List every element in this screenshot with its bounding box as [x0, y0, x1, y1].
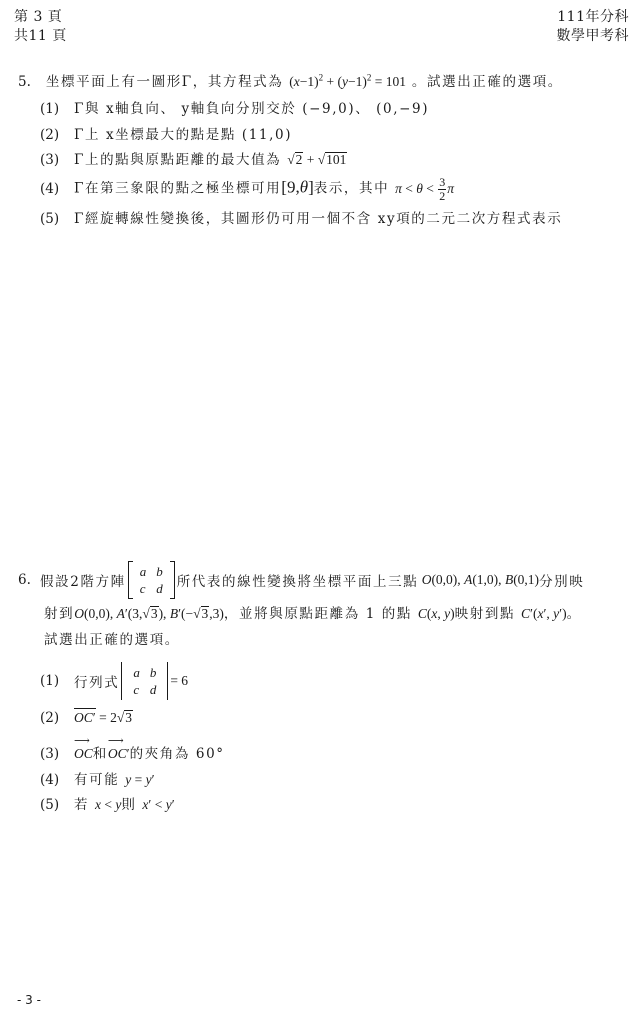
stem-suffix: 。試選出正確的選項。: [412, 74, 563, 90]
point-c-prime: C′(x′, y′): [521, 606, 567, 621]
inequality-1: x < y: [95, 797, 121, 812]
option-label: (1): [40, 101, 74, 117]
equation: y = y′: [125, 772, 154, 787]
q6-option-1: (1)行列式 abcd = 6: [40, 662, 188, 700]
option-label: (2): [40, 710, 74, 726]
option-label: (4): [40, 181, 74, 197]
page-indicator: 第 3 頁: [14, 9, 62, 26]
option-text: Γ經旋轉線性變換後，其圖形仍可用一個不含 xy項的二元二次方程式表示: [74, 211, 562, 227]
point-c: C(x, y): [418, 606, 455, 621]
q5-option-2: (2)Γ上 x坐標最大的點是點 (11,0): [40, 123, 292, 143]
question-number: 6.: [18, 572, 40, 588]
determinant-value: = 6: [170, 673, 188, 689]
question-6-line3: 試選出正確的選項。: [44, 628, 180, 648]
q5-option-1: (1)Γ與 x軸負向、 y軸負向分別交於 (−9,0)、 (0,−9): [40, 97, 429, 117]
page-number: - 3 -: [17, 993, 41, 1007]
stem-text: 坐標平面上有一圖形Γ，其方程式為: [46, 74, 283, 90]
q6-option-5: (5)若 x < y則 x′ < y′: [40, 793, 175, 813]
option-text: Γ上的點與原點距離的最大值為: [74, 152, 281, 168]
option-label: (3): [40, 746, 74, 762]
circle-equation: (x−1)2 + (y−1)2 = 101: [289, 74, 406, 89]
stem-end: 。: [567, 606, 582, 622]
q6-option-4: (4)有可能 y = y′: [40, 768, 155, 788]
option-label: (3): [40, 152, 74, 168]
vector-oc: OC: [74, 746, 93, 762]
stem-text-mid2: 映射到點: [455, 606, 515, 622]
question-number: 5.: [18, 74, 40, 90]
option-text: Γ上 x坐標最大的點是點 (11,0): [74, 127, 292, 143]
option-label: (5): [40, 211, 74, 227]
stem-text: 射到: [44, 606, 74, 622]
stem-text-3: 分別映: [539, 570, 584, 590]
transformation-matrix: abcd: [128, 561, 175, 599]
q6-option-2: (2)OC′ = 2√3: [40, 710, 133, 726]
segment-length: OC′ = 2√3: [74, 710, 133, 725]
question-5-stem: 5. 坐標平面上有一圖形Γ，其方程式為 (x−1)2 + (y−1)2 = 10…: [18, 70, 563, 90]
option-text: Γ與 x軸負向、 y軸負向分別交於 (−9,0)、 (0,−9): [74, 101, 429, 117]
question-6-stem: 6. 假設2階方陣 abcd 所代表的線性變換將坐標平面上三點 O(0,0), …: [18, 561, 584, 599]
q5-option-3: (3)Γ上的點與原點距離的最大值為 √2 + √101: [40, 148, 347, 168]
option-text: 行列式: [74, 671, 119, 691]
option-text-mid: 則: [121, 797, 136, 813]
vector-oc-prime: OC′: [108, 746, 130, 762]
q5-option-5: (5)Γ經旋轉線性變換後，其圖形仍可用一個不含 xy項的二元二次方程式表示: [40, 207, 562, 227]
stem-text: 假設2階方陣: [40, 570, 126, 590]
stem-text-2: 所代表的線性變換將坐標平面上三點: [177, 570, 419, 590]
option-text: Γ在第三象限的點之極坐標可用: [74, 181, 281, 197]
mapped-points: O(0,0), A′(3,√3), B′(−√3,3): [74, 606, 224, 621]
q5-option-4: (4)Γ在第三象限的點之極坐標可用[9,θ]表示，其中 π < θ < 32π: [40, 176, 454, 203]
inequality-2: x′ < y′: [142, 797, 174, 812]
option-label: (2): [40, 127, 74, 143]
polar-coordinate: [9,θ]: [281, 178, 313, 197]
option-text: 若: [74, 797, 89, 813]
option-text: 有可能: [74, 772, 119, 788]
option-label: (1): [40, 673, 74, 689]
q6-option-3: (3)OC和OC′的夾角為 60°: [40, 742, 225, 762]
question-6-line2: 射到O(0,0), A′(3,√3), B′(−√3,3)，並將與原點距離為 1…: [44, 602, 582, 622]
exam-subject: 數學甲考科: [557, 28, 630, 45]
angle-range: π < θ < 32π: [395, 181, 454, 196]
total-pages: 共11 頁: [14, 28, 67, 45]
option-text-mid: 表示，其中: [314, 181, 390, 197]
option-text-suffix: 的夾角為 60°: [130, 746, 225, 762]
determinant: abcd: [121, 662, 168, 700]
exam-year: 111年分科: [557, 9, 629, 26]
original-points: O(0,0), A(1,0), B(0,1): [418, 572, 539, 588]
sqrt-sum: √2 + √101: [287, 152, 347, 167]
option-text: 和: [93, 746, 108, 762]
stem-text-mid: ，並將與原點距離為 1 的點: [224, 606, 412, 622]
option-label: (4): [40, 772, 74, 788]
option-label: (5): [40, 797, 74, 813]
